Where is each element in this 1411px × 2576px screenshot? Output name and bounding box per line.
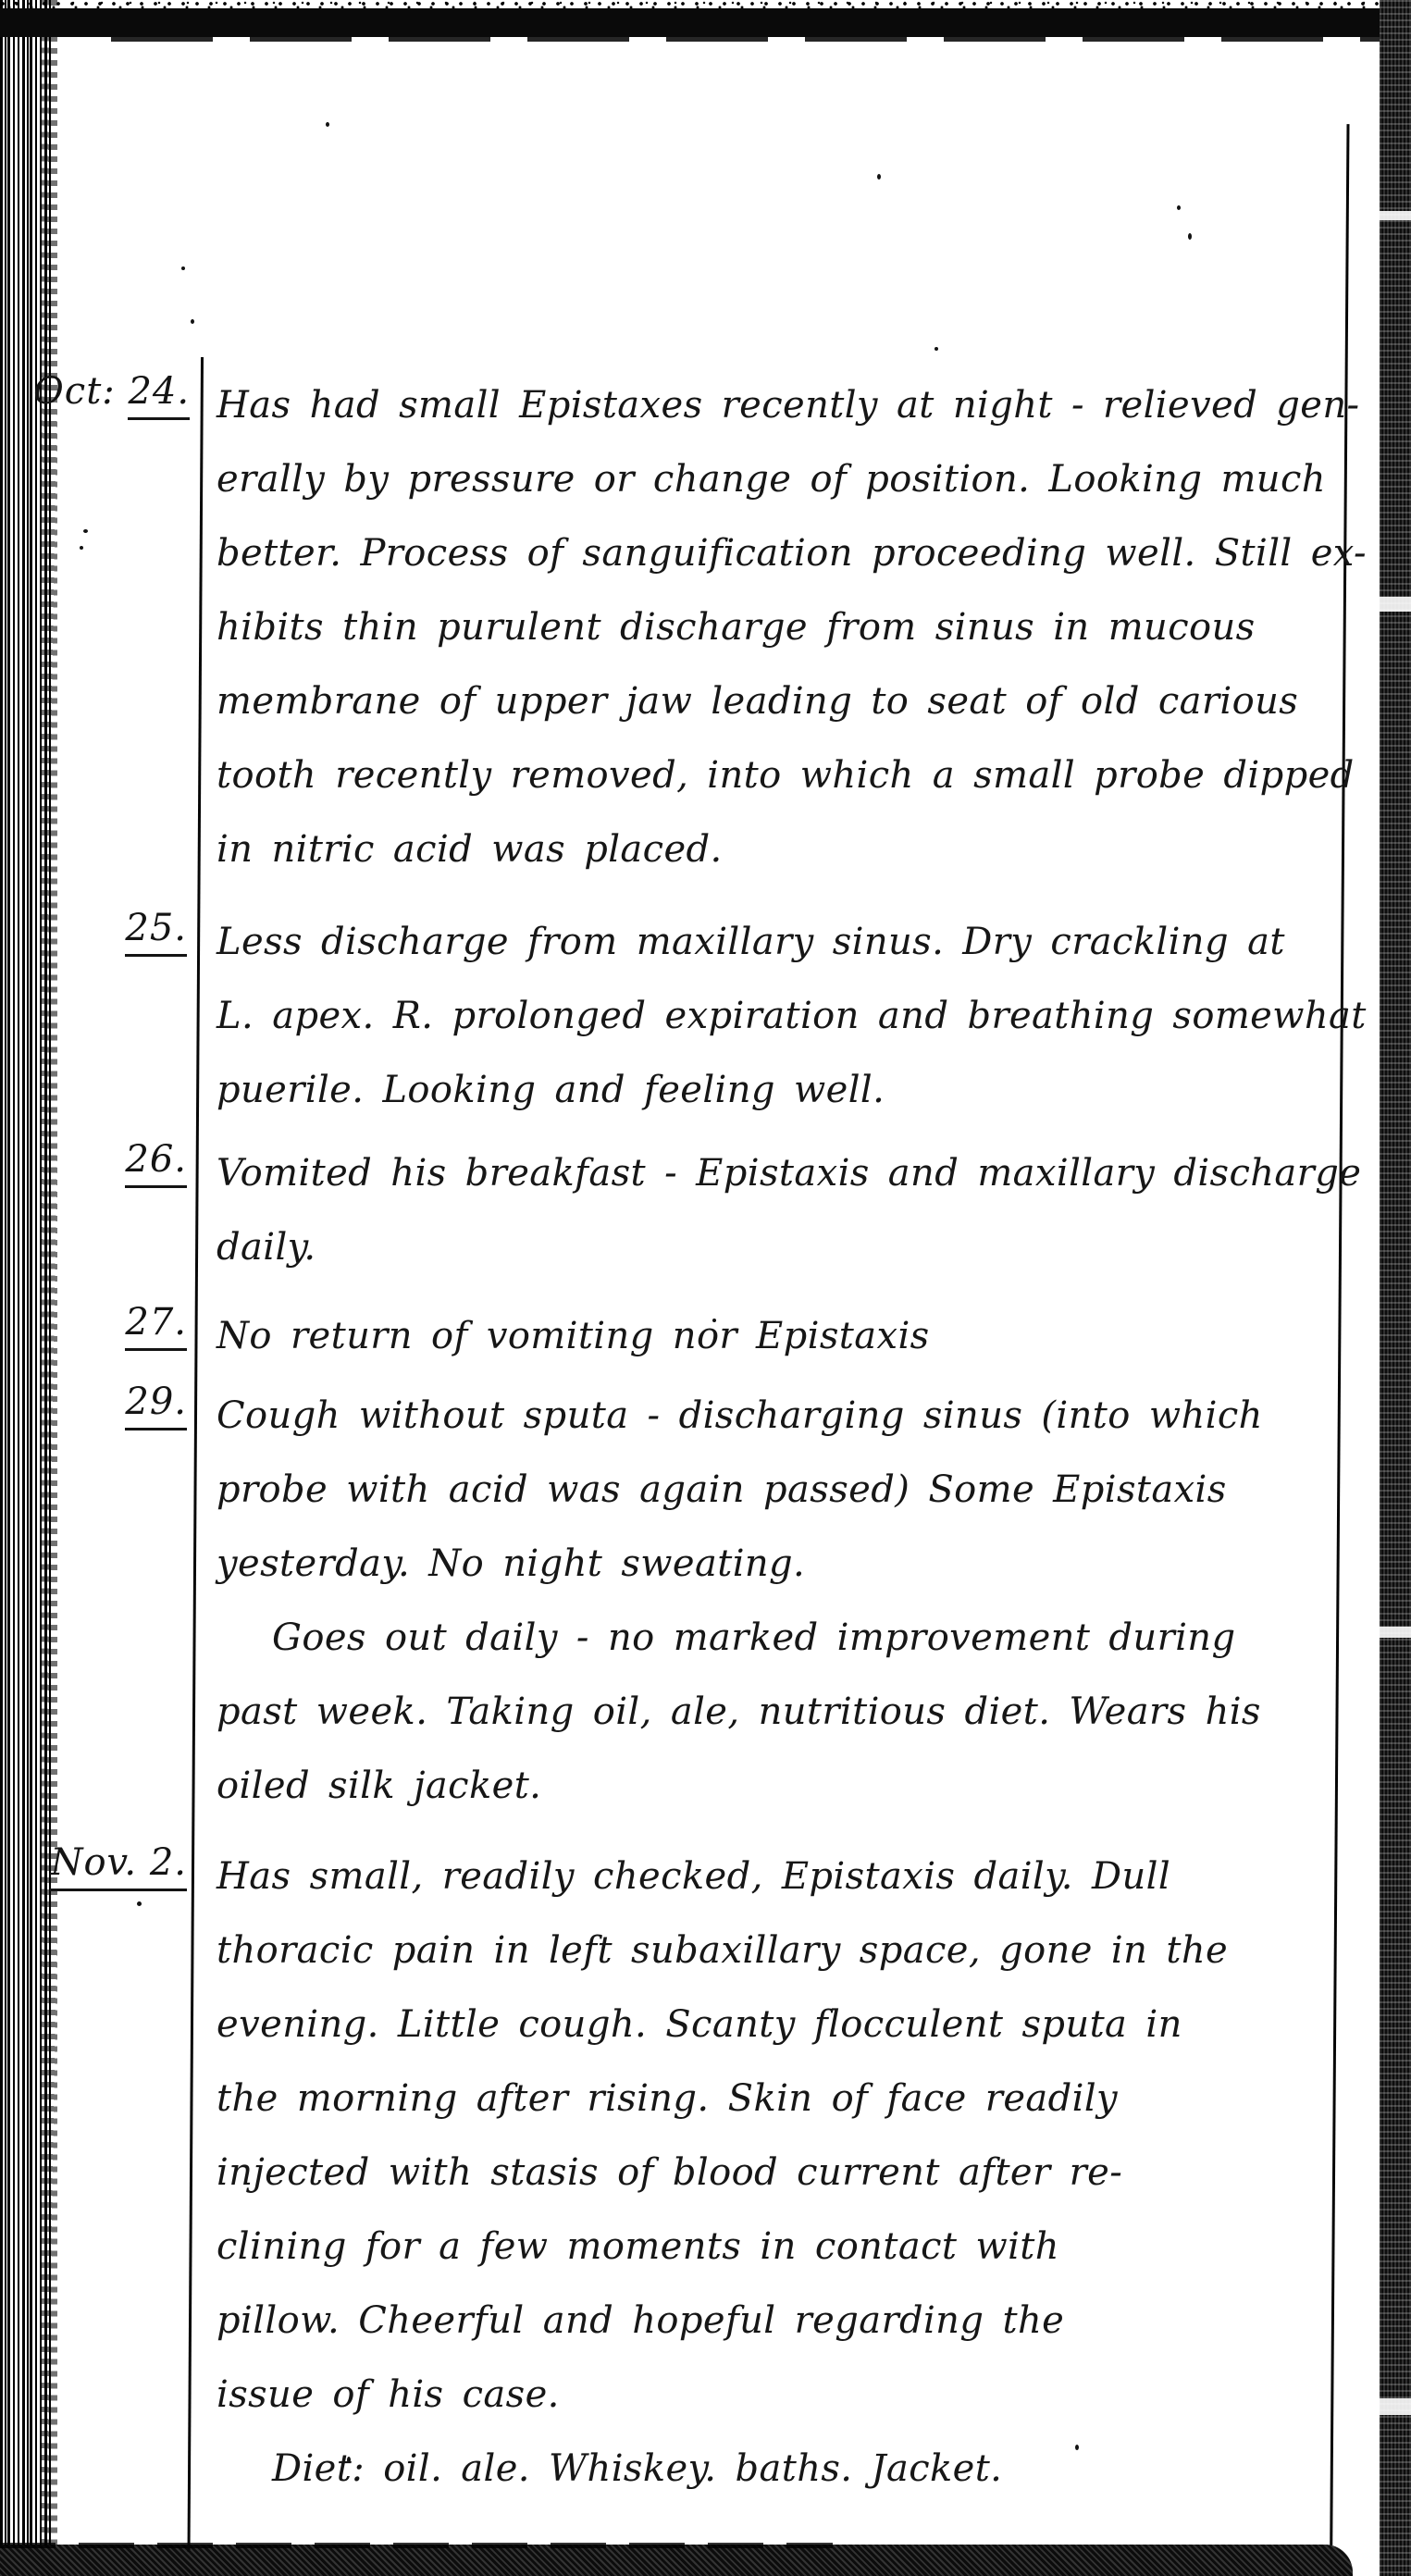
- scan-speck: [934, 347, 938, 351]
- entry-line: past week. Taking oil, ale, nutritious d…: [217, 1675, 1336, 1749]
- entry-text: Vomited his breakfast - Epistaxis and ma…: [217, 1136, 1336, 1284]
- entry-line: tooth recently removed, into which a sma…: [217, 738, 1336, 812]
- scan-speck: [181, 266, 185, 270]
- entry-date: 29.: [33, 1381, 187, 1423]
- entry-text: No return of vomiting nor Epistaxis: [217, 1299, 1336, 1373]
- entry-text: Has had small Epistaxes recently at nigh…: [217, 368, 1336, 886]
- top-scan-dashes: [111, 37, 1411, 42]
- entry-line: thoracic pain in left subaxillary space,…: [217, 1913, 1336, 1988]
- scan-speck: [877, 174, 881, 180]
- entry-line: probe with acid was again passed) Some E…: [217, 1453, 1336, 1527]
- top-scan-edge: [0, 8, 1411, 37]
- bottom-scan-fuzz: [0, 2543, 833, 2548]
- entry-line: hibits thin purulent discharge from sinu…: [217, 590, 1336, 664]
- entry-line: better. Process of sanguification procee…: [217, 516, 1336, 590]
- scan-speck: [326, 122, 329, 127]
- entry-line: puerile. Looking and feeling well.: [217, 1053, 1336, 1127]
- entry-line: Goes out daily - no marked improvement d…: [217, 1601, 1336, 1675]
- scan-speck: [137, 1901, 142, 1906]
- entry-line: oiled silk jacket.: [217, 1749, 1336, 1823]
- scan-strip-gap: [1380, 2398, 1411, 2415]
- scan-strip-gap: [1380, 211, 1411, 220]
- entry-line: clining for a few moments in contact wit…: [217, 2210, 1336, 2284]
- entry-line: Has small, readily checked, Epistaxis da…: [217, 1839, 1336, 1913]
- entry-date-label: Nov. 2.: [50, 1841, 187, 1891]
- entry-line: pillow. Cheerful and hopeful regarding t…: [217, 2284, 1336, 2358]
- entry-date-number: 26.: [125, 1138, 187, 1188]
- entry-line: in nitric acid was placed.: [217, 812, 1336, 886]
- entry-line: Cough without sputa - discharging sinus …: [217, 1379, 1336, 1453]
- scan-speck: [1188, 233, 1192, 240]
- entry-date: 25.: [33, 907, 187, 949]
- entry-line: Has had small Epistaxes recently at nigh…: [217, 368, 1336, 442]
- bottom-scan-edge: [0, 2545, 1353, 2576]
- entry-line: L. apex. R. prolonged expiration and bre…: [217, 979, 1336, 1053]
- entry-date-month: Oct:: [33, 370, 128, 413]
- date-column-rule: [188, 357, 204, 2552]
- entry-date: Oct: 24.: [33, 370, 187, 413]
- entry-text: Cough without sputa - discharging sinus …: [217, 1379, 1336, 1823]
- entry-line: yesterday. No night sweating.: [217, 1527, 1336, 1601]
- entry-date-number: 29.: [125, 1381, 187, 1430]
- entry-line: membrane of upper jaw leading to seat of…: [217, 664, 1336, 738]
- entry-line: the morning after rising. Skin of face r…: [217, 2062, 1336, 2136]
- entry-line: evening. Little cough. Scanty flocculent…: [217, 1988, 1336, 2062]
- entry-line: issue of his case.: [217, 2358, 1336, 2432]
- entry-text: Has small, readily checked, Epistaxis da…: [217, 1839, 1336, 2506]
- entry-date: 26.: [33, 1138, 187, 1181]
- scan-speck: [80, 546, 83, 550]
- journal-page: Oct: 24.Has had small Epistaxes recently…: [0, 0, 1411, 2576]
- entry-line: injected with stasis of blood current af…: [217, 2136, 1336, 2210]
- entry-date: 27.: [33, 1301, 187, 1344]
- entry-date-number: 24.: [128, 370, 190, 420]
- right-scan-strip: [1380, 0, 1411, 2576]
- entry-line: No return of vomiting nor Epistaxis: [217, 1299, 1336, 1373]
- entry-line: daily.: [217, 1210, 1336, 1284]
- entry-line: Vomited his breakfast - Epistaxis and ma…: [217, 1136, 1336, 1210]
- entry-line: Less discharge from maxillary sinus. Dry…: [217, 905, 1336, 979]
- scan-strip-gap: [1380, 1627, 1411, 1638]
- entry-text: Less discharge from maxillary sinus. Dry…: [217, 905, 1336, 1127]
- entry-date-number: 25.: [125, 907, 187, 957]
- entry-date: Nov. 2.: [33, 1841, 187, 1884]
- entry-line: Diet: oil. ale. Whiskey. baths. Jacket.: [217, 2432, 1336, 2506]
- entry-line: erally by pressure or change of position…: [217, 442, 1336, 516]
- scan-speck: [1177, 205, 1181, 210]
- entry-date-number: 27.: [125, 1301, 187, 1351]
- scan-strip-gap: [1380, 597, 1411, 612]
- scan-speck: [83, 529, 88, 533]
- scan-speck: [191, 319, 194, 324]
